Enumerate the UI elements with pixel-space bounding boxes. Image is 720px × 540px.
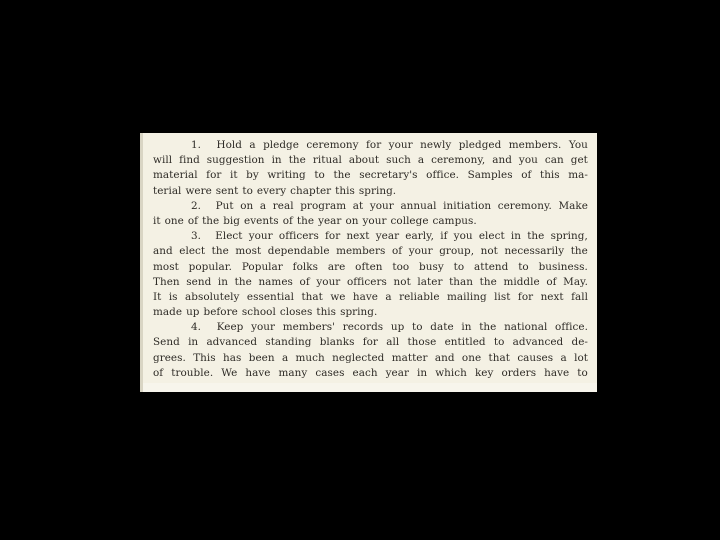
- word: student: [418, 381, 458, 392]
- word: annual: [400, 199, 436, 214]
- word: in: [272, 153, 282, 168]
- word: this: [316, 305, 336, 320]
- word: the: [527, 229, 544, 244]
- word: for: [363, 335, 378, 350]
- word: Keep: [217, 320, 244, 335]
- word: early,: [405, 229, 434, 244]
- word: much: [296, 351, 325, 366]
- word: spring,: [551, 229, 588, 244]
- word: of: [188, 214, 198, 229]
- word: mailing: [447, 290, 487, 305]
- word: a: [385, 290, 391, 305]
- word: elect: [179, 244, 205, 259]
- word: the: [289, 153, 306, 168]
- word: are: [328, 260, 345, 275]
- word: of: [300, 275, 310, 290]
- paragraph-1-line: 1.Holdapledgeceremonyforyournewlypledged…: [153, 138, 588, 153]
- word: neglected: [332, 351, 384, 366]
- paragraph-3-line: Itisabsolutelyessentialthatwehaveareliab…: [153, 290, 588, 305]
- word: date: [430, 320, 453, 335]
- word: for: [518, 290, 533, 305]
- word: middle: [503, 275, 539, 290]
- word: key.: [534, 381, 554, 392]
- word: find: [179, 153, 200, 168]
- word: lot: [574, 351, 588, 366]
- word: pledged: [459, 138, 502, 153]
- word: of: [383, 381, 393, 392]
- word: that: [489, 351, 510, 366]
- word: in: [461, 320, 471, 335]
- word: records: [343, 320, 384, 335]
- word: key: [475, 366, 493, 381]
- word: a: [249, 138, 255, 153]
- word: campus.: [433, 214, 477, 229]
- word: year: [386, 366, 409, 381]
- word: be: [153, 381, 166, 392]
- word: office.: [555, 320, 588, 335]
- word: while: [214, 381, 243, 392]
- paragraph-4-line: Sendinadvancedstandingblanksforallthosee…: [153, 335, 588, 350]
- word: chapter: [290, 184, 331, 199]
- word: of: [283, 214, 293, 229]
- word: ceremony.: [498, 199, 552, 214]
- word: for: [366, 138, 381, 153]
- word: trouble.: [171, 366, 213, 381]
- word: group,: [439, 244, 474, 259]
- word: we: [247, 381, 262, 392]
- word: spring.: [340, 305, 377, 320]
- word: the: [571, 244, 588, 259]
- word: a: [282, 351, 288, 366]
- word: Put: [216, 199, 234, 214]
- word: closes: [280, 305, 313, 320]
- word: cases: [315, 366, 344, 381]
- word: the: [397, 381, 414, 392]
- word: you: [454, 229, 473, 244]
- word: busy: [419, 260, 444, 275]
- word: up: [391, 320, 404, 335]
- word: been: [249, 351, 275, 366]
- word: the: [235, 275, 252, 290]
- word: on: [345, 214, 358, 229]
- word: causes: [517, 351, 553, 366]
- word: each: [353, 366, 378, 381]
- word: up: [197, 381, 210, 392]
- word: at: [353, 199, 363, 214]
- word: to: [242, 184, 253, 199]
- word: it: [153, 214, 161, 229]
- word: members.: [509, 138, 562, 153]
- word: the: [202, 214, 219, 229]
- word: reliable: [399, 290, 439, 305]
- word: too: [392, 260, 409, 275]
- word: up: [186, 305, 199, 320]
- word: your: [363, 214, 387, 229]
- word: popular.: [189, 260, 232, 275]
- paragraph-4-line: 4.Keepyourmembers'recordsuptodateinthena…: [153, 320, 588, 335]
- word: necessarily: [504, 244, 564, 259]
- word: if: [440, 229, 447, 244]
- word: has: [223, 351, 241, 366]
- word: many: [279, 366, 308, 381]
- word: often: [355, 260, 382, 275]
- word: the: [212, 244, 229, 259]
- word: members': [283, 320, 335, 335]
- word: Samples: [468, 168, 513, 183]
- word: the: [479, 320, 496, 335]
- word: standing: [265, 335, 311, 350]
- word: next: [541, 290, 564, 305]
- word: to: [314, 168, 325, 183]
- word: advanced: [513, 335, 564, 350]
- word: for: [206, 168, 221, 183]
- word: your: [409, 244, 433, 259]
- word: for: [298, 381, 313, 392]
- word: to: [494, 335, 505, 350]
- word: in: [188, 335, 198, 350]
- word: program: [300, 199, 346, 214]
- word: Then: [153, 275, 180, 290]
- word: records: [338, 381, 379, 392]
- word: will: [153, 153, 172, 168]
- word: is: [169, 290, 178, 305]
- word: before: [204, 305, 238, 320]
- word: your: [251, 320, 275, 335]
- word: list: [494, 290, 510, 305]
- word: and: [435, 351, 455, 366]
- word: material: [153, 168, 198, 183]
- word: of: [546, 275, 556, 290]
- word: ritual: [313, 153, 342, 168]
- word: real: [273, 199, 294, 214]
- document-body: 1.Holdapledgeceremonyforyournewlypledged…: [153, 138, 588, 392]
- word: Make: [558, 199, 587, 214]
- word: one: [165, 214, 184, 229]
- word: a: [260, 199, 266, 214]
- word: held: [170, 381, 193, 392]
- word: not: [481, 244, 498, 259]
- word: write: [266, 381, 294, 392]
- word: about: [349, 153, 379, 168]
- paragraph-3-line: madeupbeforeschoolclosesthisspring.: [153, 305, 588, 320]
- word: orders: [501, 366, 536, 381]
- word: ordering: [462, 381, 508, 392]
- word: national: [504, 320, 547, 335]
- word: ceremony,: [431, 153, 485, 168]
- word: elect: [479, 229, 505, 244]
- word: later: [417, 275, 442, 290]
- word: ceremony: [306, 138, 358, 153]
- word: school: [242, 305, 276, 320]
- word: of: [521, 168, 531, 183]
- word: we: [330, 290, 345, 305]
- word: of: [153, 366, 163, 381]
- word: that: [301, 290, 322, 305]
- word: you: [519, 153, 538, 168]
- word: send: [186, 275, 211, 290]
- word: the: [317, 381, 334, 392]
- word: the: [480, 275, 497, 290]
- paragraph-3-line: mostpopular.Popularfolksareoftentoobusyt…: [153, 260, 588, 275]
- word: your: [249, 229, 273, 244]
- word: in: [511, 229, 521, 244]
- paragraph-2-line: 2.Putonarealprogramatyourannualinitiatio…: [153, 199, 588, 214]
- word: such: [386, 153, 411, 168]
- word: grees.: [153, 351, 186, 366]
- word: the: [333, 168, 350, 183]
- word: dependable: [268, 244, 330, 259]
- paragraph-number: 4.: [191, 320, 201, 335]
- word: members: [336, 244, 385, 259]
- word: your: [389, 138, 413, 153]
- word: year: [318, 214, 341, 229]
- word: advanced: [206, 335, 257, 350]
- word: entitled: [445, 335, 486, 350]
- word: this: [335, 184, 355, 199]
- word: pledge: [263, 138, 299, 153]
- word: a: [418, 153, 424, 168]
- paragraph-3-line: 3.Electyourofficersfornextyearearly,ifyo…: [153, 229, 588, 244]
- word: newly: [420, 138, 451, 153]
- word: can: [545, 153, 564, 168]
- paragraph-3-line: Thensendinthenamesofyourofficersnotlater…: [153, 275, 588, 290]
- word: made: [153, 305, 182, 320]
- word: names: [258, 275, 292, 290]
- word: May.: [563, 275, 588, 290]
- word: ma-: [568, 168, 588, 183]
- word: the: [297, 214, 314, 229]
- word: blanks: [320, 335, 355, 350]
- word: on: [240, 199, 253, 214]
- word: by: [246, 168, 259, 183]
- word: get: [571, 153, 588, 168]
- word: have: [245, 366, 270, 381]
- word: We: [221, 366, 237, 381]
- word: were: [185, 184, 211, 199]
- word: initiation: [443, 199, 491, 214]
- word: your: [370, 199, 394, 214]
- word: than: [449, 275, 473, 290]
- word: your: [316, 275, 340, 290]
- paragraph-2-line: itoneofthebigeventsoftheyearonyourcolleg…: [153, 214, 588, 229]
- paragraph-1-line: willfindsuggestionintheritualaboutsuchac…: [153, 153, 588, 168]
- word: a: [560, 351, 566, 366]
- word: Hold: [216, 138, 242, 153]
- word: attend: [474, 260, 508, 275]
- word: Popular: [242, 260, 283, 275]
- word: for: [325, 229, 340, 244]
- word: all: [386, 335, 399, 350]
- word: writing: [267, 168, 305, 183]
- paragraph-1-line: terialweresenttoeverychapterthisspring.: [153, 184, 588, 199]
- word: de-: [572, 335, 588, 350]
- word: have: [544, 366, 569, 381]
- word: terial: [153, 184, 181, 199]
- word: year: [376, 229, 399, 244]
- paragraph-number: 3.: [191, 229, 201, 244]
- word: Send: [153, 335, 180, 350]
- word: most: [235, 244, 261, 259]
- word: suggestion: [207, 153, 265, 168]
- word: spring.: [359, 184, 396, 199]
- word: and: [153, 244, 173, 259]
- paragraph-4-line: beheldupwhilewewritefortherecordsofthest…: [153, 381, 588, 392]
- word: those: [407, 335, 436, 350]
- word: events: [244, 214, 279, 229]
- word: this: [540, 168, 560, 183]
- word: sent: [216, 184, 239, 199]
- scanned-document-page: 1.Holdapledgeceremonyforyournewlypledged…: [140, 133, 597, 392]
- paragraph-number: 1.: [191, 138, 201, 153]
- word: to: [412, 320, 423, 335]
- paragraph-number: 2.: [191, 199, 201, 214]
- word: You: [569, 138, 588, 153]
- word: Elect: [215, 229, 242, 244]
- word: the: [513, 381, 530, 392]
- word: and: [492, 153, 512, 168]
- word: of: [392, 244, 402, 259]
- word: in: [218, 275, 228, 290]
- word: It: [153, 290, 161, 305]
- word: every: [257, 184, 286, 199]
- word: college: [391, 214, 429, 229]
- word: This: [193, 351, 215, 366]
- word: officers: [347, 275, 387, 290]
- word: to: [577, 366, 588, 381]
- word: to: [518, 260, 529, 275]
- word: one: [462, 351, 481, 366]
- word: fall: [571, 290, 588, 305]
- word: next: [346, 229, 369, 244]
- word: officers: [279, 229, 319, 244]
- word: essential: [247, 290, 294, 305]
- word: in: [417, 366, 427, 381]
- word: folks: [293, 260, 318, 275]
- word: most: [153, 260, 179, 275]
- paragraph-4-line: grees.Thishasbeenamuchneglectedmatterand…: [153, 351, 588, 366]
- paragraph-4-line: oftrouble.Wehavemanycaseseachyearinwhich…: [153, 366, 588, 381]
- paragraph-1-line: materialforitbywritingtothesecretary'sof…: [153, 168, 588, 183]
- word: office.: [426, 168, 459, 183]
- word: matter: [392, 351, 428, 366]
- word: to: [454, 260, 465, 275]
- word: it: [230, 168, 238, 183]
- paragraph-3-line: andelectthemostdependablemembersofyourgr…: [153, 244, 588, 259]
- word: not: [394, 275, 411, 290]
- word: have: [353, 290, 378, 305]
- word: which: [435, 366, 467, 381]
- word: business.: [539, 260, 588, 275]
- word: secretary's: [359, 168, 417, 183]
- word: absolutely: [185, 290, 239, 305]
- word: big: [223, 214, 240, 229]
